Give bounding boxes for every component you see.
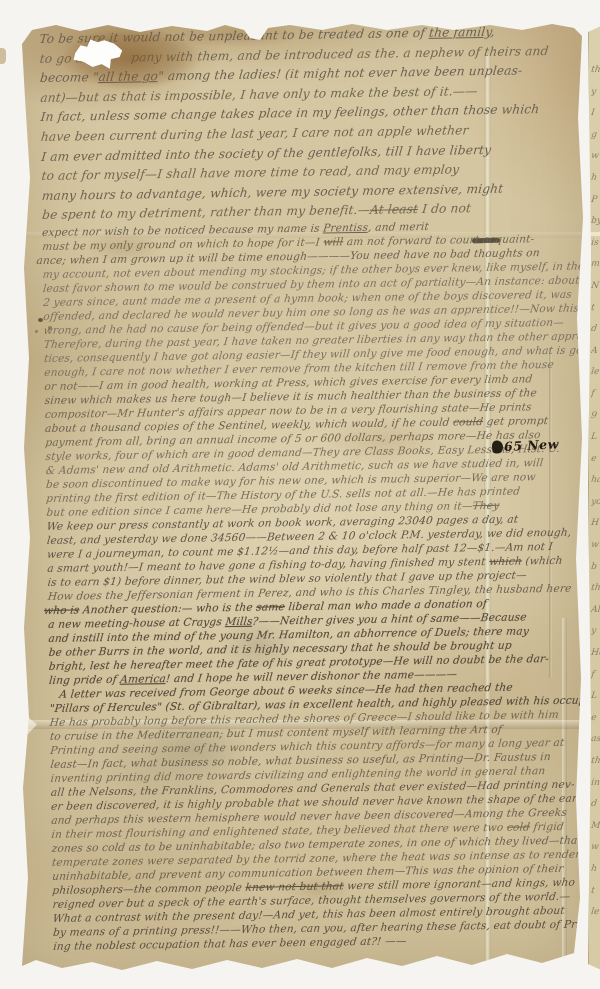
adjacent-page-fragment: f: [591, 665, 600, 687]
adjacent-page-fragment: L: [591, 686, 600, 708]
letter-page: To be sure it would not be unpleasant to…: [22, 18, 584, 970]
ink-blot-mark: [492, 440, 504, 454]
adjacent-page-fragment: y: [591, 621, 600, 643]
adjacent-page-fragment: t: [591, 881, 600, 903]
adjacent-page-fragment: M: [591, 816, 600, 838]
adjacent-page-fragment: b: [591, 557, 600, 579]
adjacent-page-fragment: le: [591, 902, 600, 924]
adjacent-page-fragment: as: [591, 729, 600, 751]
adjacent-page-fragment: e: [591, 708, 600, 730]
adjacent-page-fragment: He: [591, 643, 600, 665]
adjacent-page-fragment: e: [591, 449, 600, 471]
adjacent-page-fragment: H: [591, 513, 600, 535]
adjacent-page-fragment: ha: [591, 470, 600, 492]
adjacent-page-fragments: thyIgwhPbyismNtdAlef9LehayoHwbthAlyHefLe…: [591, 60, 600, 924]
adjacent-page-fragment: N: [591, 276, 600, 298]
letter-body: To be sure it would not be unpleasant to…: [38, 22, 586, 954]
adjacent-page-strip: thyIgwhPbyismNtdAlef9LehayoHwbthAlyHefLe…: [588, 26, 600, 970]
adjacent-page-fragment: w: [591, 535, 600, 557]
adjacent-page-fragment: w: [591, 837, 600, 859]
adjacent-page-fragment: L: [591, 427, 600, 449]
adjacent-page-fragment: th: [591, 751, 600, 773]
adjacent-page-fragment: d: [591, 319, 600, 341]
adjacent-page-fragment: yo: [591, 492, 600, 514]
adjacent-page-fragment: f: [591, 384, 600, 406]
adjacent-page-fragment: A: [591, 341, 600, 363]
adjacent-page-fragment: th: [591, 578, 600, 600]
adjacent-page-fragment: th: [591, 60, 600, 82]
adjacent-page-fragment: h: [591, 859, 600, 881]
adjacent-page-fragment: in: [591, 773, 600, 795]
adjacent-page-fragment: 9: [591, 406, 600, 428]
scan-background: To be sure it would not be unpleasant to…: [0, 0, 600, 989]
edge-tear: [22, 712, 37, 740]
ink-speck: [35, 330, 38, 333]
adjacent-page-fragment: g: [591, 125, 600, 147]
hole-stain-ring: [50, 20, 200, 94]
adjacent-page-fragment: d: [591, 794, 600, 816]
paper-fragment-speck: [0, 48, 6, 64]
adjacent-page-fragment: y: [591, 82, 600, 104]
adjacent-page-fragment: t: [591, 298, 600, 320]
adjacent-page-fragment: h: [591, 168, 600, 190]
adjacent-page-fragment: w: [591, 146, 600, 168]
adjacent-page-fragment: by: [591, 211, 600, 233]
adjacent-page-fragment: P: [591, 190, 600, 212]
adjacent-page-fragment: is: [591, 233, 600, 255]
adjacent-page-fragment: I: [591, 103, 600, 125]
adjacent-page-fragment: m: [591, 254, 600, 276]
ink-speck: [32, 966, 36, 971]
ink-blot-text: 65 New: [504, 436, 560, 454]
adjacent-page-fragment: Al: [591, 600, 600, 622]
adjacent-page-fragment: le: [591, 362, 600, 384]
